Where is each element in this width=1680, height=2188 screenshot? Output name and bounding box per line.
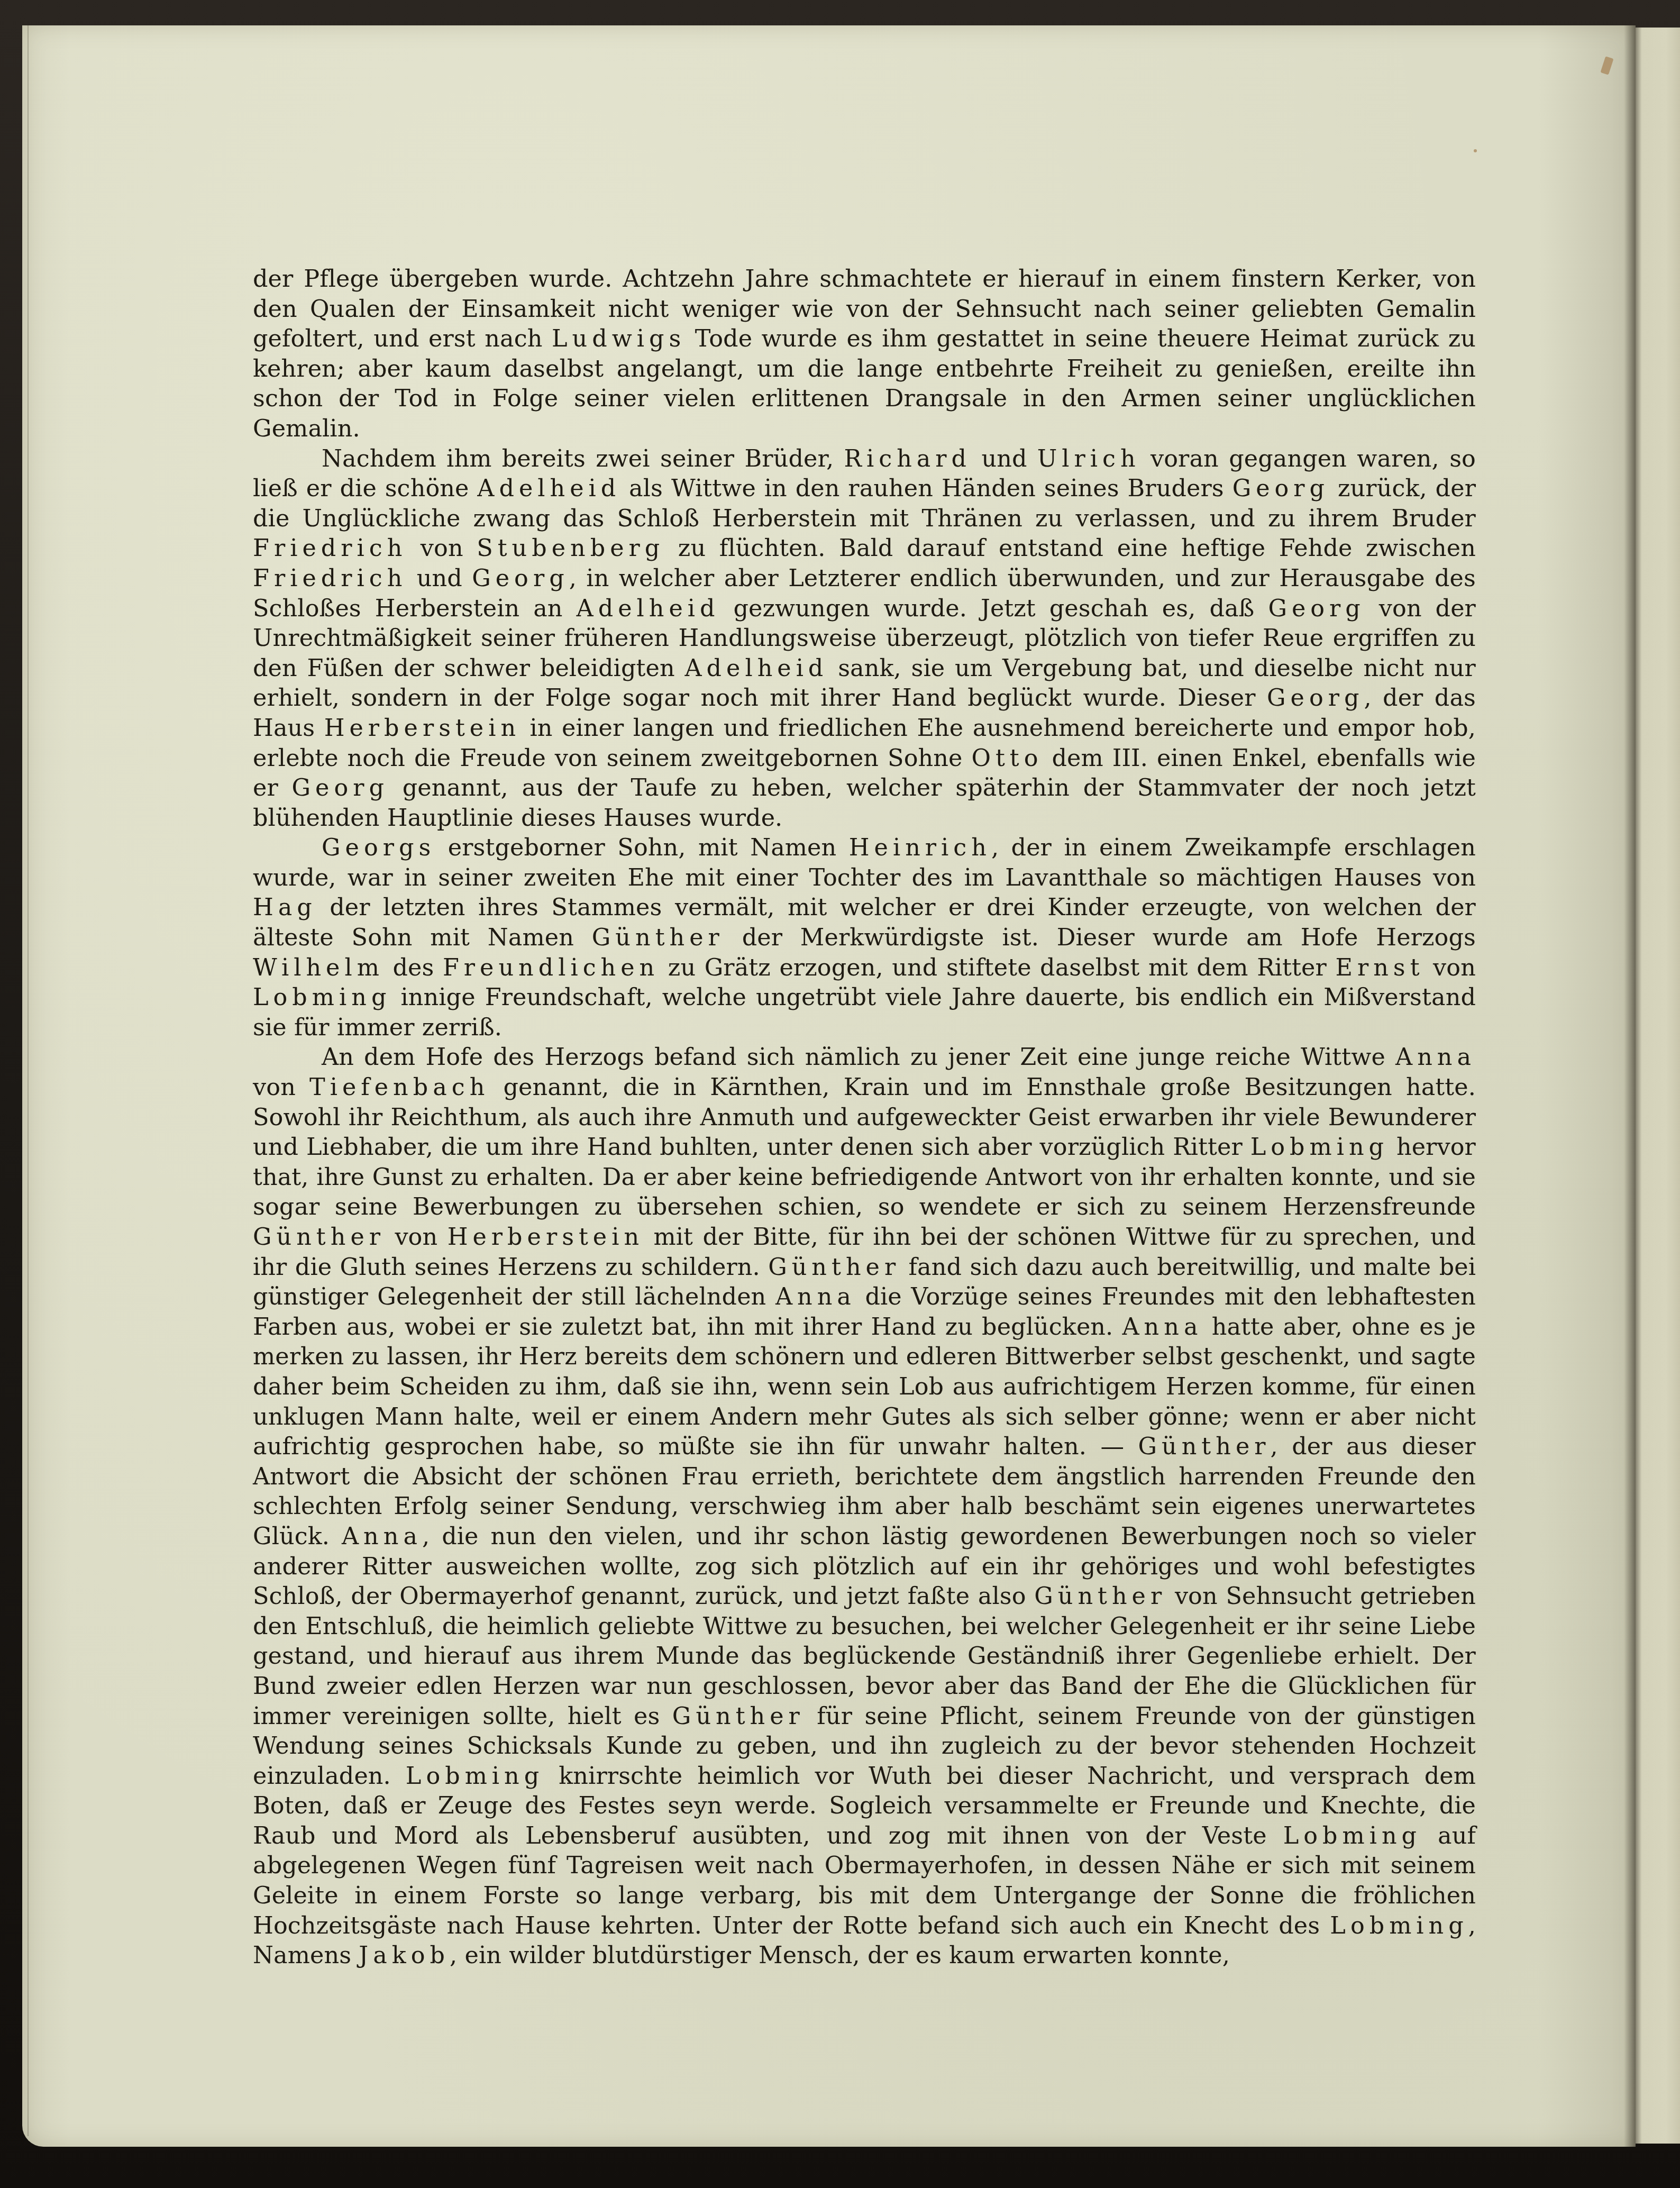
emphasized-name: Günther [672,1703,805,1730]
emphasized-name: Georg [292,774,389,801]
emphasized-name: Ulrich [1037,445,1140,472]
emphasized-name: Friedrich [253,565,407,592]
emphasized-name: Günther [1034,1583,1166,1610]
emphasized-name: Anna [1122,1314,1202,1341]
emphasized-name: Heinrich [849,834,991,861]
text-run: zu Grätz erzogen, und stiftete daselbst … [659,954,1335,981]
emphasized-name: Anna [342,1523,422,1550]
next-page-edge [1633,28,1680,2144]
emphasized-name: Günther [253,1224,385,1251]
emphasized-name: Ernst [1335,954,1424,981]
text-run: gezwungen wurde. Jetzt geschah es, daß [719,595,1268,622]
text-run: innige Freundschaft, welche ungetrübt vi… [253,984,1476,1041]
emphasized-name: Georg [1267,685,1364,712]
emphasized-name: Stubenberg [477,535,664,562]
text-run: und [407,565,472,592]
emphasized-name: Günther [1138,1433,1271,1460]
emphasized-name: Georg [1268,595,1365,622]
text-run: erstgeborner Sohn, mit Namen [435,834,848,861]
emphasized-name: Günther [768,1254,900,1281]
paper-stain [1474,149,1477,152]
emphasized-name: Richard [844,445,972,472]
emphasized-name: Lobming [406,1763,544,1790]
text-run: des [384,954,443,981]
emphasized-name: Wilhelm [253,954,384,981]
text-run: von [385,1224,448,1251]
paragraph: der Pflege übergeben wurde. Achtzehn Jah… [253,265,1476,444]
emphasized-name: Anna [1395,1044,1476,1071]
emphasized-name: Adelheid [684,655,828,682]
gutter-shadow [1624,25,1636,2147]
emphasized-name: Adelheid [577,595,720,622]
text-run: An dem Hofe des Herzogs befand sich näml… [322,1044,1395,1071]
emphasized-name: Lobming [1283,1822,1421,1849]
text-run: , ein wilder blutdürstiger Mensch, der e… [450,1942,1230,1969]
emphasized-name: Hag [253,894,317,921]
paragraph: Nachdem ihm bereits zwei seiner Brüder, … [253,444,1476,834]
emphasized-name: Adelheid [477,475,620,502]
text-run: als Wittwe in den rauhen Händen seines B… [620,475,1232,502]
text-run: von [407,535,477,562]
emphasized-name: Georgs [322,834,435,861]
text-run: genannt, aus der Taufe zu heben, welcher… [253,774,1476,832]
emphasized-name: Lobming [1330,1912,1468,1939]
paragraph: An dem Hofe des Herzogs befand sich näml… [253,1043,1476,1971]
emphasized-name: Tiefenbach [309,1074,489,1101]
emphasized-name: Jakob [359,1942,450,1969]
emphasized-name: Günther [592,924,724,951]
emphasized-name: Friedrich [253,535,407,562]
emphasized-name: Georg [472,565,569,592]
emphasized-name: Lobming [1250,1134,1389,1161]
emphasized-name: Freundlichen [443,954,659,981]
emphasized-name: Lobming [253,984,391,1011]
text-run: Nachdem ihm bereits zwei seiner Brüder, [322,445,844,472]
emphasized-name: Otto [971,745,1043,772]
text-run: von [1425,954,1476,981]
text-run: und [971,445,1037,472]
text-run: zu flüchten. Bald darauf entstand eine h… [664,535,1476,562]
text-run: von [253,1074,309,1101]
emphasized-name: Herberstein [324,715,521,742]
paragraph: Georgs erstgeborner Sohn, mit Namen Hein… [253,833,1476,1043]
emphasized-name: Herberstein [448,1224,644,1251]
text-run: der Merkwürdigste ist. Dieser wurde am H… [724,924,1476,951]
page-edge-line [28,25,29,2136]
emphasized-name: Ludwigs [552,325,686,352]
emphasized-name: Anna [775,1283,856,1310]
emphasized-name: Georg [1232,475,1329,502]
body-text: der Pflege übergeben wurde. Achtzehn Jah… [253,265,1476,1971]
